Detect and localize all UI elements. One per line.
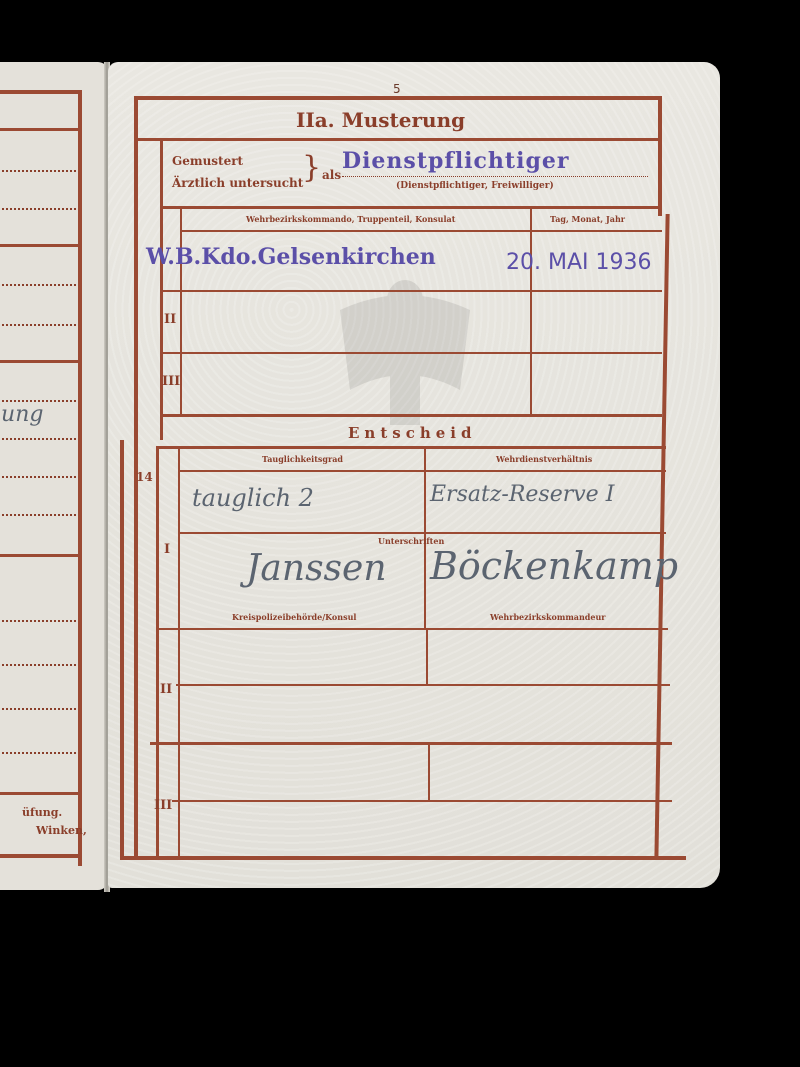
row-divider — [160, 414, 662, 417]
left-dotted-line — [0, 208, 76, 210]
signature-right-label: Wehrbezirkskommandeur — [490, 612, 606, 622]
left-divider — [0, 792, 82, 795]
page-number: 5 — [393, 82, 401, 96]
row-iii-mid-rule — [428, 742, 430, 800]
decision-divider — [156, 446, 666, 449]
row-divider — [156, 628, 668, 630]
label-as: als — [322, 168, 341, 182]
section-title: IIa. Musterung — [296, 108, 465, 132]
left-divider — [0, 128, 82, 131]
title-divider — [134, 138, 662, 141]
left-dotted-line — [0, 324, 76, 326]
status-dotted-line — [342, 176, 648, 177]
row-divider — [150, 742, 672, 745]
left-page: lung üfung. Winken, — [0, 62, 108, 890]
decision-row-label-i: I — [164, 542, 170, 557]
signature-left: Janssen — [246, 548, 387, 589]
decision-title: Entscheid — [348, 424, 476, 442]
left-dotted-line — [0, 284, 76, 286]
decision-label-rule — [178, 446, 180, 858]
left-page-border-right — [78, 90, 82, 866]
row-divider — [160, 352, 662, 354]
brace: } — [302, 150, 321, 185]
left-dotted-line — [0, 664, 76, 666]
fitness-value: tauglich 2 — [192, 484, 314, 512]
left-dotted-line — [0, 620, 76, 622]
date-col-rule — [530, 206, 532, 416]
frame-right-upper — [658, 96, 662, 216]
status-options: (Dienstpflichtiger, Freiwilliger) — [396, 181, 554, 191]
left-divider — [0, 360, 82, 363]
signature-left-label: Kreispolizeibehörde/Konsul — [232, 612, 356, 622]
row-divider — [172, 800, 672, 802]
service-value: Ersatz-Reserve I — [430, 482, 614, 507]
signature-divider — [178, 532, 666, 534]
frame-left-lower — [120, 440, 124, 860]
row-label-rule — [180, 206, 182, 416]
decision-left-rule — [156, 446, 159, 858]
frame-bottom — [120, 856, 686, 860]
decision-row-label-ii: II — [160, 682, 172, 697]
item-number: 14 — [136, 470, 153, 484]
status-stamp: Dienstpflichtiger — [342, 148, 569, 174]
header-fitness: Tauglichkeitsgrad — [262, 454, 343, 464]
left-divider — [0, 244, 82, 247]
left-partial-text: üfung. — [22, 806, 62, 819]
left-dotted-line — [0, 708, 76, 710]
date-stamp: 20. MAI 1936 — [506, 250, 651, 275]
col-header-date: Tag, Monat, Jahr — [550, 214, 625, 224]
left-page-border-bottom — [0, 854, 82, 858]
signature-right: Böckenkamp — [430, 544, 678, 588]
col-header-divider — [180, 230, 662, 232]
eagle-watermark-icon — [330, 270, 480, 430]
left-dotted-line — [0, 752, 76, 754]
frame-top — [134, 96, 660, 100]
row-label-iii: III — [162, 374, 180, 389]
left-dotted-line — [0, 514, 76, 516]
inner-left-rule — [160, 138, 163, 440]
left-partial-text: Winken, — [36, 824, 87, 837]
col-header-office: Wehrbezirkskommando, Truppenteil, Konsul… — [246, 214, 455, 224]
row-ii-mid-rule — [426, 628, 428, 686]
row-divider — [160, 290, 662, 292]
header-divider — [160, 206, 662, 209]
left-dotted-line — [0, 170, 76, 172]
decision-row-label-iii: III — [154, 798, 172, 813]
label-examined: Gemustert — [172, 154, 243, 168]
row-divider — [176, 684, 670, 686]
left-page-border-top — [0, 90, 82, 94]
left-divider — [0, 554, 82, 557]
left-dotted-line — [0, 476, 76, 478]
office-stamp: W.B.Kdo.Gelsenkirchen — [146, 244, 436, 270]
row-label-ii: II — [164, 312, 176, 327]
left-dotted-line — [0, 438, 76, 440]
header-service: Wehrdienstverhältnis — [496, 454, 592, 464]
left-handwriting: lung — [0, 402, 43, 427]
decision-header-divider — [178, 470, 666, 472]
label-medically-examined: Ärztlich untersucht — [172, 176, 303, 190]
